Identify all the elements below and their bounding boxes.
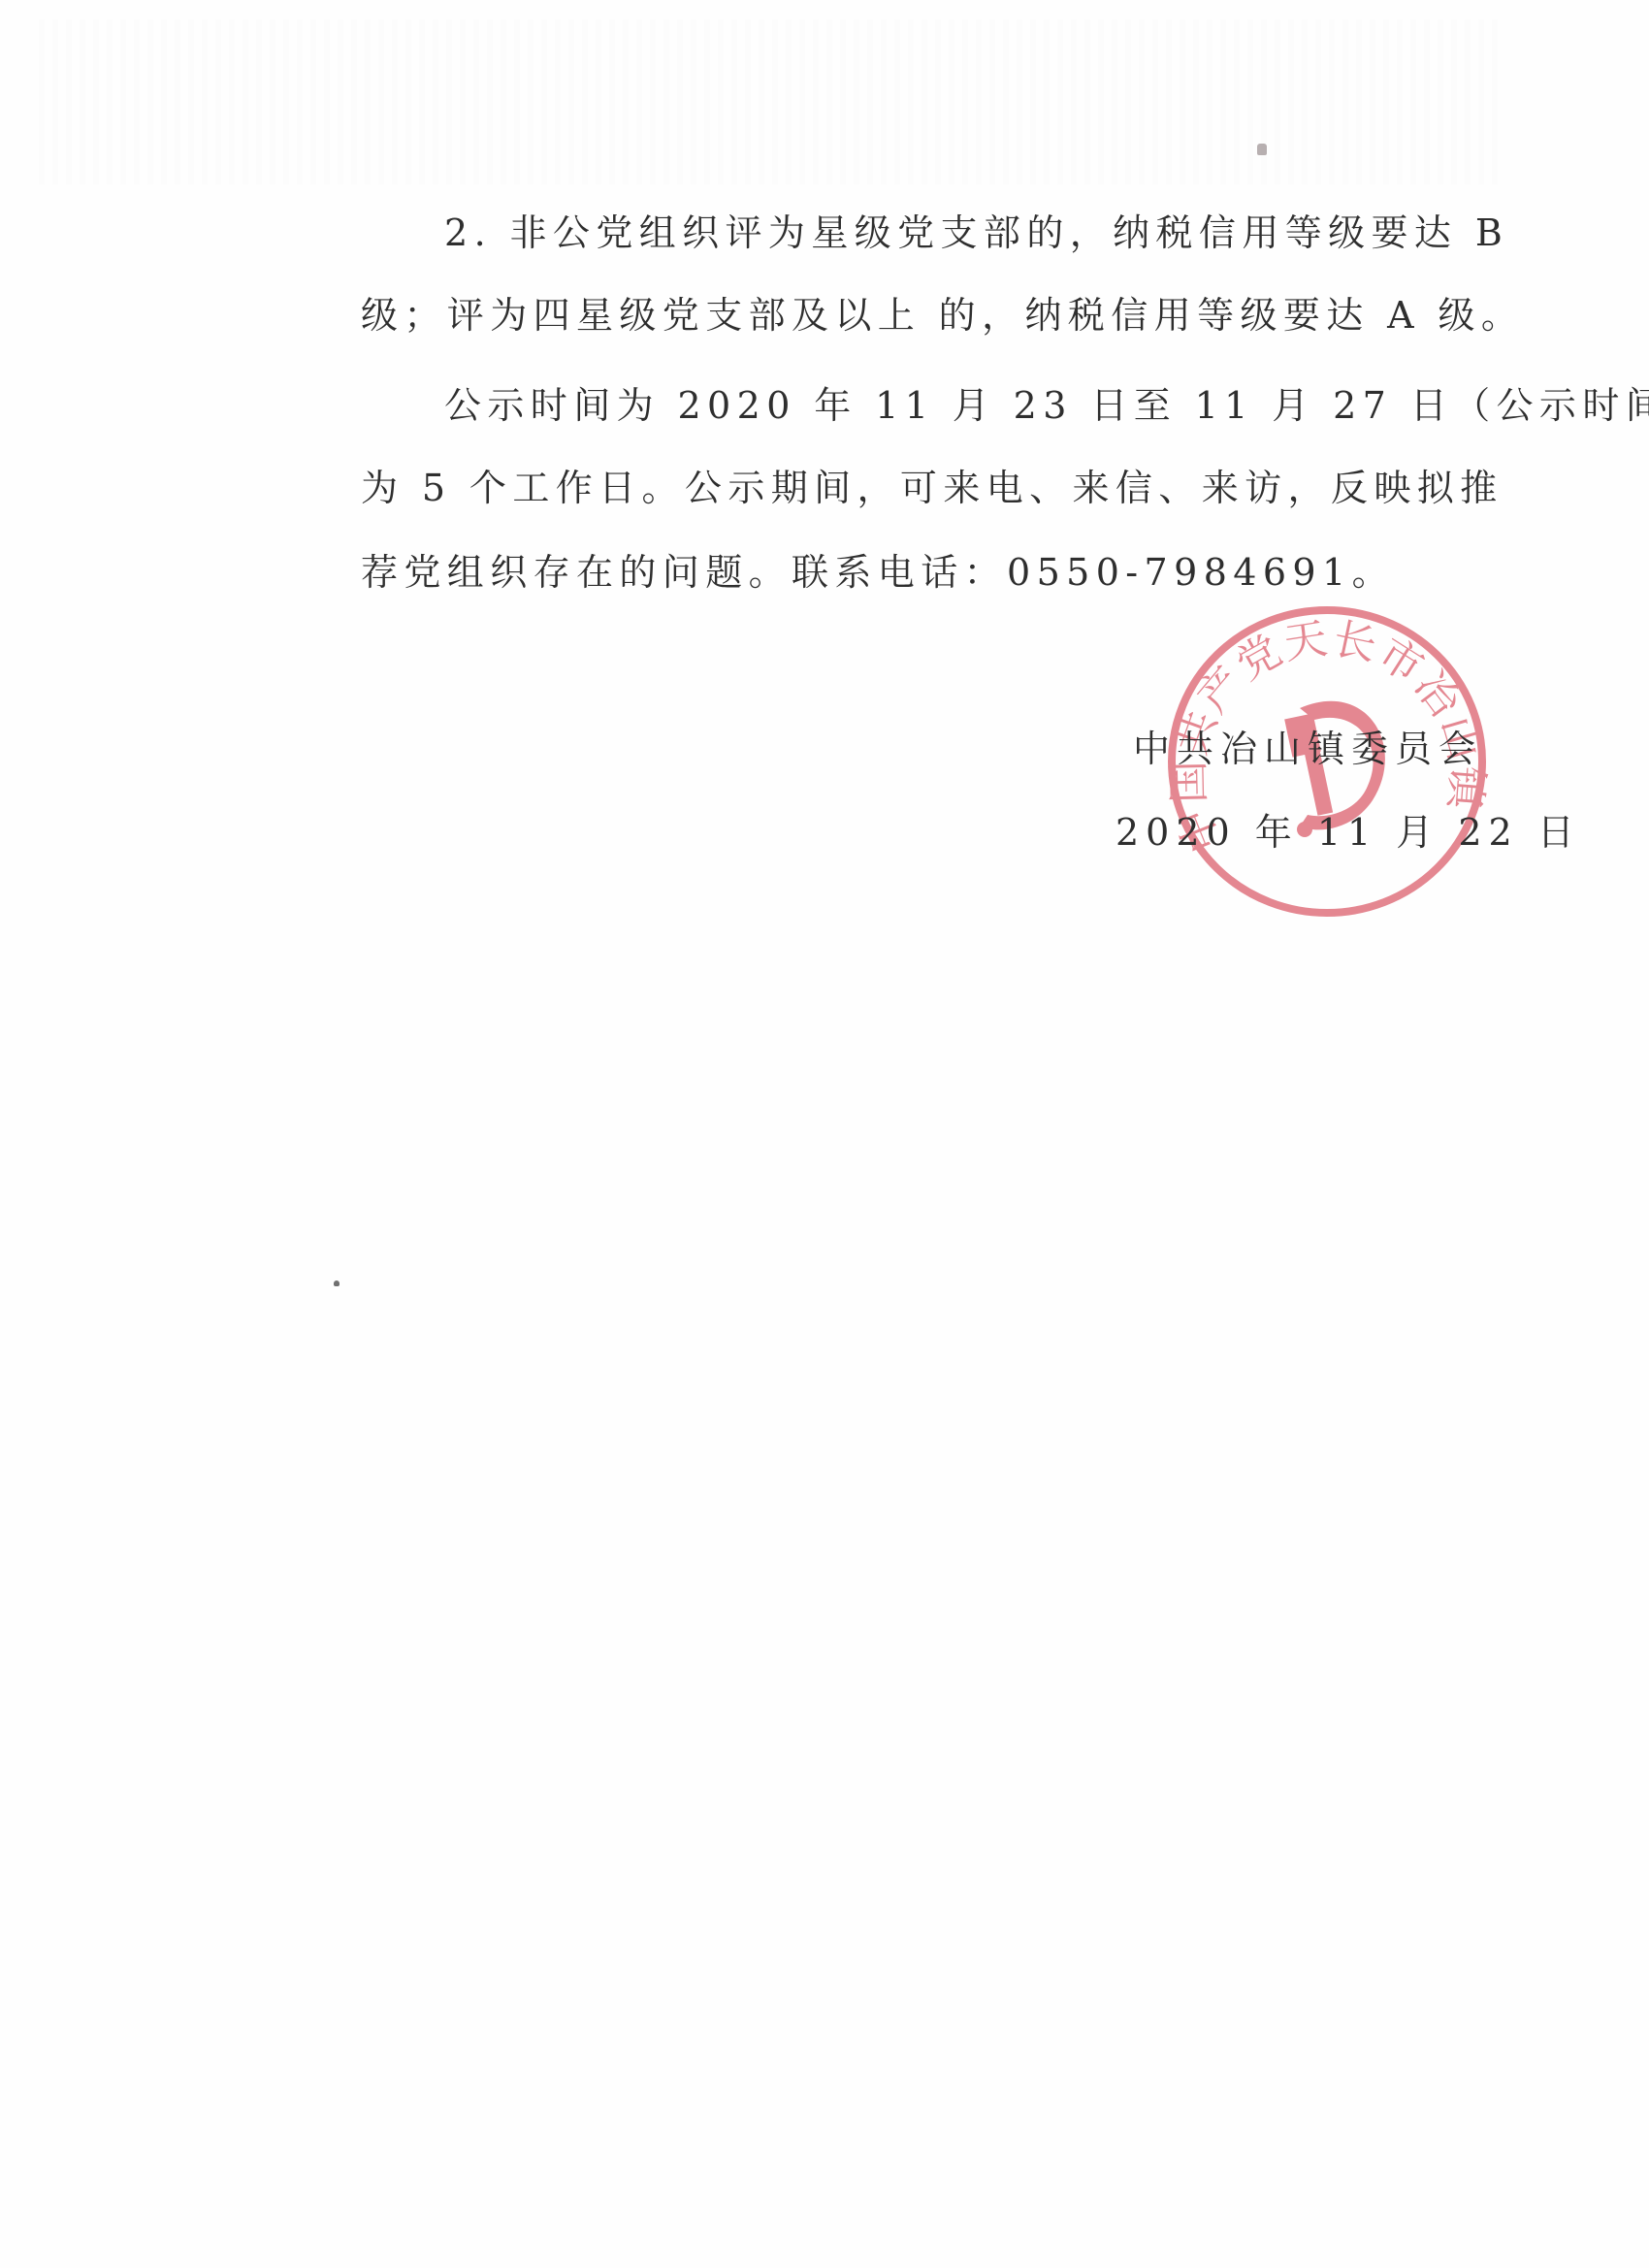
paper-bleed-through [39, 19, 1503, 184]
paper-speck [1257, 144, 1267, 155]
paragraph-1-line-1: 2. 非公党组织评为星级党支部的，纳税信用等级要达 B [444, 204, 1476, 262]
paragraph-2-line-2: 为 5 个工作日。公示期间，可来电、来信、来访，反映拟推 [361, 459, 1476, 517]
signature-date: 2020 年 11 月 22 日 [1115, 803, 1581, 861]
document-page: 2. 非公党组织评为星级党支部的，纳税信用等级要达 B 级；评为四星级党支部及以… [0, 0, 1649, 2268]
signature-organization: 中共冶山镇委员会 [1133, 720, 1482, 778]
paragraph-2-line-1: 公示时间为 2020 年 11 月 23 日至 11 月 27 日（公示时间 [444, 376, 1476, 435]
paper-speck [334, 1280, 339, 1286]
paragraph-2-line-3: 荐党组织存在的问题。联系电话：0550-7984691。 [361, 543, 1476, 601]
paragraph-1-line-2: 级；评为四星级党支部及以上 的，纳税信用等级要达 A 级。 [361, 286, 1476, 344]
